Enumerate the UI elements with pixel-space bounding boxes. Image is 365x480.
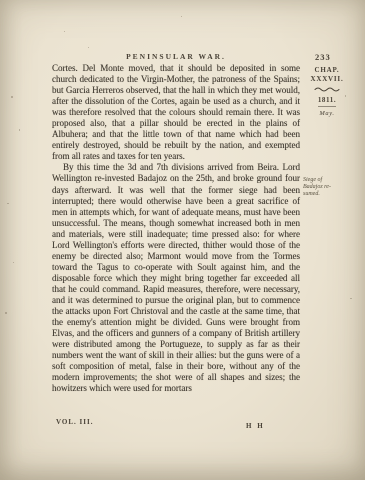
sidenote-line3: sumed. — [303, 191, 351, 198]
sidenote-line1: Siege of — [303, 177, 351, 184]
paper-speckle — [11, 96, 13, 98]
chapter-note-line2: XXXVII. — [302, 75, 352, 84]
body-paragraph: By this time the 3d and 7th divisions ar… — [52, 162, 300, 394]
date-note: 1811. May. — [302, 96, 352, 118]
paper-speckle — [19, 129, 20, 131]
paper-speckle — [88, 47, 89, 48]
footer-printers-signature: H H — [246, 422, 265, 430]
paper-speckle — [5, 312, 7, 314]
date-year: 1811. — [318, 96, 336, 107]
paper-speckle — [13, 262, 14, 263]
paper-speckle — [7, 203, 9, 204]
running-title: PENINSULAR WAR. — [52, 52, 300, 61]
chapter-note: CHAP. XXXVII. — [302, 66, 352, 92]
date-month: May. — [302, 109, 352, 118]
footer-volume-label: VOL. III. — [56, 418, 93, 426]
paper-speckle — [350, 298, 352, 299]
scanned-book-page: PENINSULAR WAR. 233 Cortes. Del Monte mo… — [0, 0, 365, 480]
paper-speckle — [181, 16, 182, 17]
sidenote-siege-of-badajoz: Siege of Badajoz re- sumed. — [303, 177, 351, 198]
body-paragraph: Cortes. Del Monte moved, that it should … — [52, 63, 300, 162]
chapter-note-line1: CHAP. — [302, 66, 352, 75]
margin-notes-column: CHAP. XXXVII. 1811. May. — [302, 66, 352, 118]
paper-speckle — [64, 31, 65, 32]
body-text: Cortes. Del Monte moved, that it should … — [52, 63, 300, 394]
flourish-rule-icon — [314, 86, 340, 92]
page-number: 233 — [315, 52, 331, 62]
sidenote-line2: Badajoz re- — [303, 184, 351, 191]
